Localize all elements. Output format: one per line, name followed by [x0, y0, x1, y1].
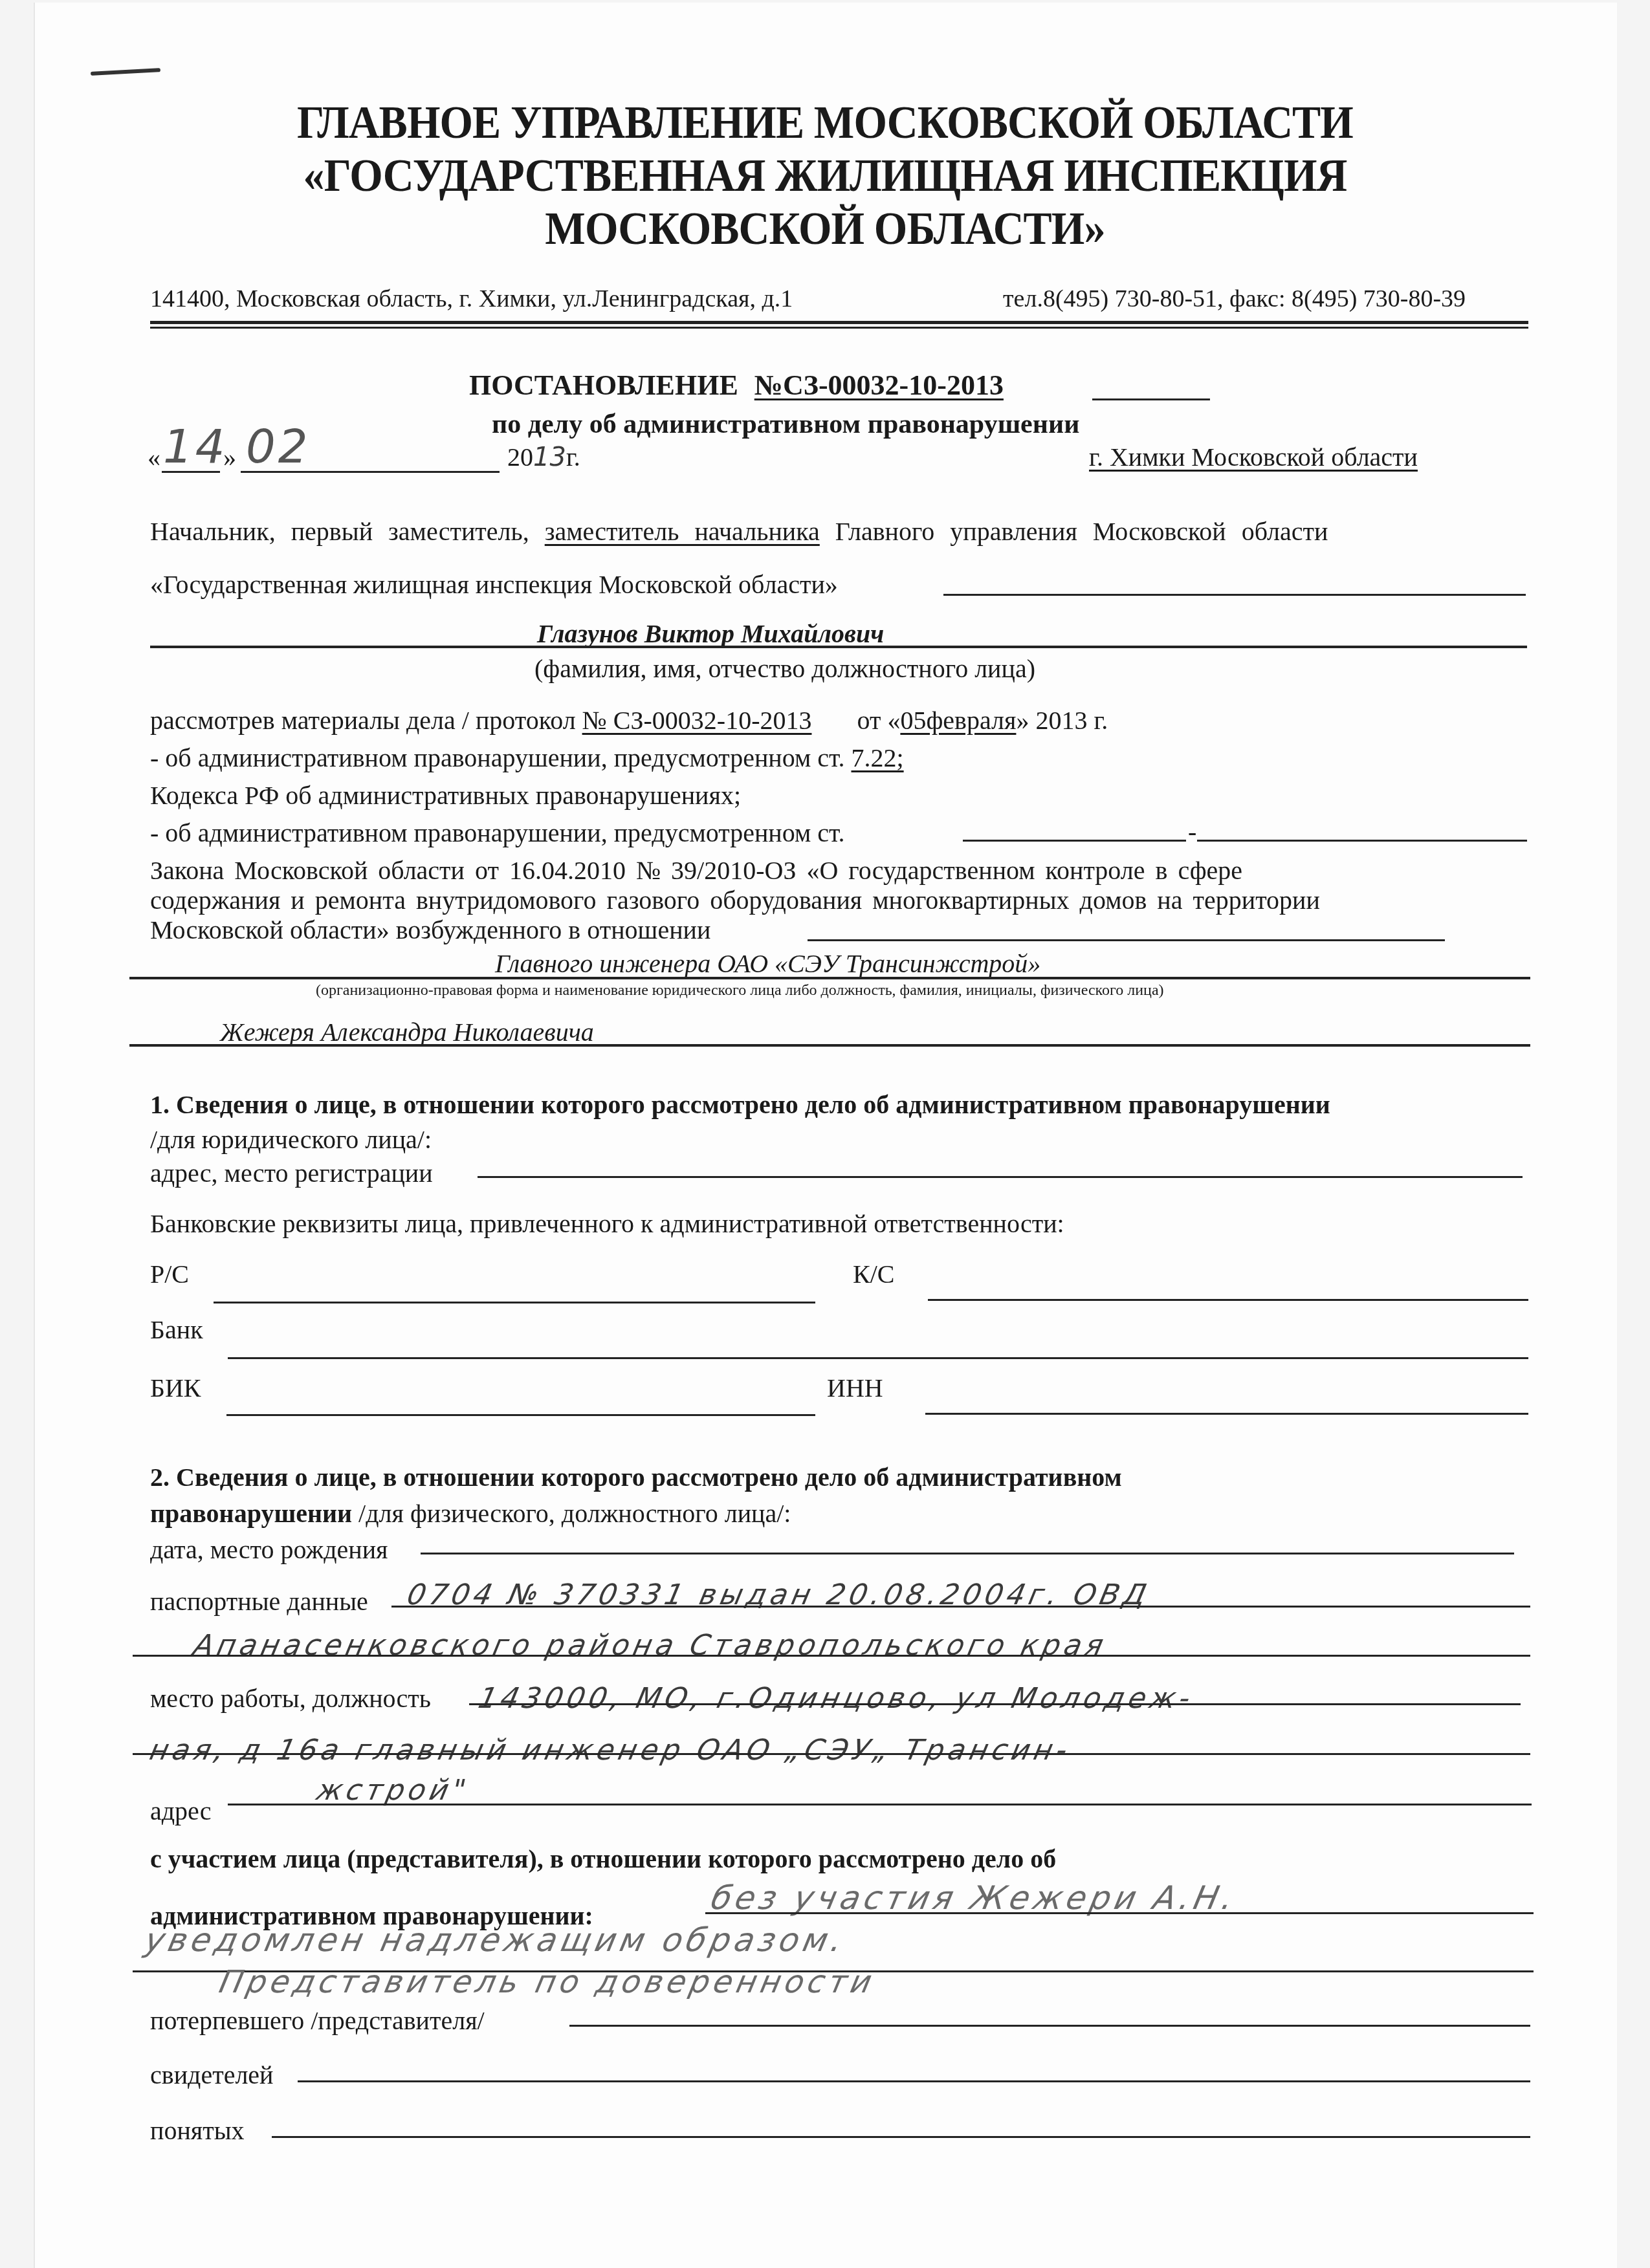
- section1-rs-field[interactable]: [214, 1302, 815, 1303]
- resolution-place: г. Химки Московской области: [1089, 442, 1418, 472]
- section2-work-field-1[interactable]: 143000, МО, г.Одинцово, ул Молодеж-: [217, 1682, 1198, 1715]
- official-intro-part1: Начальник, первый заместитель,: [150, 517, 529, 546]
- header-divider-thin: [150, 327, 1528, 329]
- case-offense-2: - об административном правонарушении, пр…: [150, 818, 845, 848]
- section2-witnesses-label: свидетелей: [150, 2060, 274, 2090]
- official-intro-line2: «Государственная жилищная инспекция Моск…: [150, 569, 838, 600]
- section2-victim-field[interactable]: [569, 2025, 1530, 2027]
- section1-bank-details-label: Банковские реквизиты лица, привлеченного…: [150, 1208, 1064, 1239]
- year-suffix-field[interactable]: 13: [533, 442, 566, 472]
- section2-title-line-1: 2. Сведения о лице, в отношении которого…: [150, 1462, 1122, 1492]
- year-postfix: г.: [566, 442, 580, 472]
- case-law-line-3: Московской области» возбужденного в отно…: [150, 915, 710, 945]
- section1-inn-label: ИНН: [827, 1373, 883, 1403]
- year-prefix: 20: [507, 442, 533, 472]
- case-reviewed: рассмотрев материалы дела / протокол № С…: [150, 705, 1108, 736]
- case-protocol-number: № СЗ-00032-10-2013: [582, 706, 812, 735]
- case-reviewed-prefix: рассмотрев материалы дела / протокол: [150, 706, 576, 735]
- section1-bik-label: БИК: [150, 1373, 201, 1403]
- section2-birth-field[interactable]: [421, 1553, 1514, 1554]
- official-intro: Начальник, первый заместитель, заместите…: [150, 516, 1328, 547]
- date-day-line: [162, 471, 220, 473]
- case-code-line: Кодекса РФ об административных правонару…: [150, 780, 741, 811]
- section1-title: 1. Сведения о лице, в отношении которого…: [150, 1089, 1330, 1120]
- case-subject-position: Главного инженера ОАО «СЭУ Трансинжстрой…: [495, 948, 1040, 979]
- case-offense-2-separator: -: [1188, 816, 1196, 847]
- case-subject-position-line: [129, 977, 1530, 979]
- case-offense-2-part-field[interactable]: [1197, 840, 1527, 842]
- case-protocol-year: » 2013 г.: [1016, 706, 1108, 735]
- resolution-subtitle: по делу об административном правонарушен…: [492, 409, 1079, 440]
- section1-address-field[interactable]: [478, 1176, 1523, 1178]
- header-line-2: «ГОСУДАРСТВЕННАЯ ЖИЛИЩНАЯ ИНСПЕКЦИЯ: [66, 149, 1584, 202]
- section2-attesting-label: понятых: [150, 2115, 245, 2146]
- section1-ks-field[interactable]: [928, 1299, 1528, 1301]
- header-phones: тел.8(495) 730-80-51, факс: 8(495) 730-8…: [1003, 285, 1466, 313]
- section2-address-line: [228, 1804, 1532, 1805]
- section2-passport-label: паспортные данные: [150, 1586, 368, 1617]
- section2-birth-label: дата, место рождения: [150, 1534, 388, 1565]
- official-intro-underlined: заместитель начальника: [545, 517, 820, 546]
- official-name-line: [150, 646, 1527, 648]
- case-law-line-1: Закона Московской области от 16.04.2010 …: [150, 855, 1242, 886]
- section2-address-label: адрес: [150, 1796, 212, 1826]
- official-intro-line2-line: [943, 594, 1526, 596]
- section2-title-line-2-rest: /для физического, должностного лица/:: [352, 1499, 791, 1528]
- case-law-line-3-line: [808, 939, 1445, 941]
- resolution-title: ПОСТАНОВЛЕНИЕ №СЗ-00032-10-2013: [469, 369, 1004, 402]
- date-open-quote: «: [148, 442, 160, 472]
- section2-address-field[interactable]: жстрой": [314, 1774, 473, 1807]
- date-month-field[interactable]: 02: [246, 419, 311, 474]
- official-name: Глазунов Виктор Михайлович: [537, 618, 884, 649]
- header-line-3: МОСКОВСКОЙ ОБЛАСТИ»: [66, 202, 1584, 256]
- section1-rs-label: Р/С: [150, 1259, 189, 1289]
- case-subject-name: Жежеря Александра Николаевича: [220, 1017, 594, 1047]
- official-name-caption: (фамилия, имя, отчество должностного лиц…: [534, 653, 1035, 684]
- section2-work-line-2: [133, 1753, 1530, 1755]
- section2-participation-line-1: с участием лица (представителя), в отнош…: [150, 1844, 1056, 1874]
- section2-attesting-field[interactable]: [272, 2136, 1530, 2138]
- section2-participation-field-1[interactable]: без участия Жежери А.Н.: [708, 1879, 1240, 1917]
- section1-bank-field[interactable]: [228, 1357, 1528, 1359]
- date-day-field[interactable]: 14: [163, 419, 228, 474]
- section2-work-field-2[interactable]: ная, д 16а главный инженер ОАО „СЭУ„ Тра…: [147, 1734, 1075, 1767]
- section2-passport-line-2: [133, 1655, 1530, 1657]
- case-subject-name-line: [129, 1044, 1530, 1047]
- case-offense-1-prefix: - об административном правонарушении, пр…: [150, 743, 845, 772]
- section2-passport-line-1: [391, 1606, 1530, 1608]
- section2-participation-field-3[interactable]: Представитель по доверенности: [216, 1964, 879, 2000]
- case-offense-1-article: 7.22;: [852, 743, 904, 772]
- section2-title-line-2: правонарушении /для физического, должнос…: [150, 1498, 791, 1529]
- section1-ks-label: К/С: [853, 1259, 894, 1289]
- resolution-number-line: [1092, 398, 1210, 400]
- date-close-quote: »: [223, 442, 236, 472]
- case-subject-caption: (организационно-правовая форма и наимено…: [316, 982, 1164, 999]
- header-divider: [150, 321, 1528, 324]
- section1-inn-field[interactable]: [925, 1413, 1528, 1415]
- case-law-line-2: содержания и ремонта внутридомового газо…: [150, 885, 1320, 915]
- section1-subtitle: /для юридического лица/:: [150, 1124, 432, 1155]
- section2-title-line-2-bold: правонарушении: [150, 1499, 352, 1528]
- date-month-line: [241, 471, 500, 473]
- case-protocol-date: 05февраля: [900, 706, 1016, 735]
- section1-address-label: адрес, место регистрации: [150, 1158, 433, 1188]
- section2-participation-field-2[interactable]: уведомлен надлежащим образом.: [142, 1921, 850, 1959]
- resolution-title-text: ПОСТАНОВЛЕНИЕ: [469, 369, 738, 401]
- resolution-number: №СЗ-00032-10-2013: [754, 369, 1004, 401]
- section2-witnesses-field[interactable]: [298, 2080, 1530, 2082]
- section2-work-line-1: [469, 1703, 1521, 1705]
- case-from-label: от «: [857, 706, 900, 735]
- header-address: 141400, Московская область, г. Химки, ул…: [150, 285, 793, 313]
- section2-victim-label: потерпевшего /представителя/: [150, 2005, 485, 2036]
- official-intro-part2: Главного управления Московской области: [835, 517, 1328, 546]
- case-offense-1: - об административном правонарушении, пр…: [150, 743, 904, 773]
- date-year: 2013г.: [507, 442, 580, 472]
- section2-participation-line-1-rule: [705, 1912, 1534, 1914]
- header-line-1: ГЛАВНОЕ УПРАВЛЕНИЕ МОСКОВСКОЙ ОБЛАСТИ: [66, 96, 1584, 149]
- case-offense-2-article-field[interactable]: [963, 840, 1186, 842]
- section1-bank-label: Банк: [150, 1314, 203, 1345]
- section1-bik-field[interactable]: [226, 1414, 815, 1416]
- section2-passport-field-2[interactable]: Апанасенковского района Ставропольского …: [191, 1629, 1110, 1662]
